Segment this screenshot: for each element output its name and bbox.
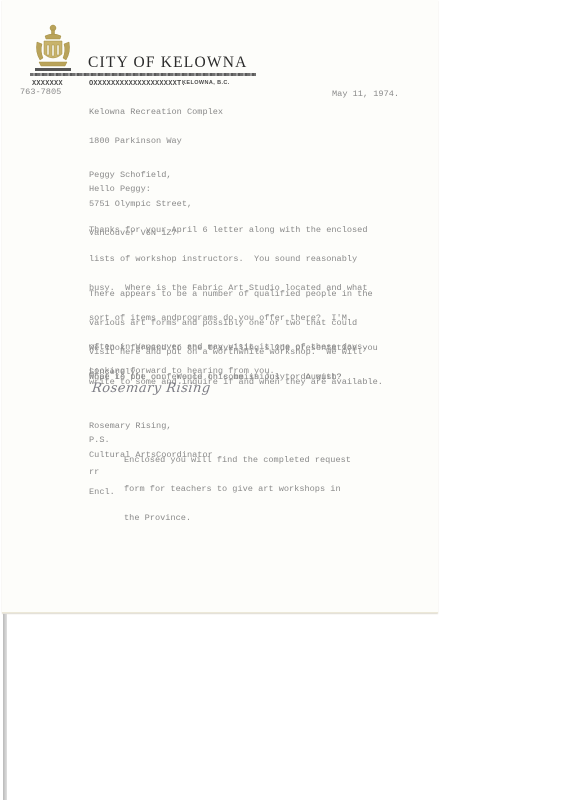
typist-initials: rr: [89, 468, 99, 478]
salutation: Hello Peggy:: [89, 185, 151, 195]
postscript-body: Enclosed you will find the completed req…: [124, 436, 351, 544]
signer-name: Rosemary Rising,: [89, 422, 213, 432]
city-province: KELOWNA, B.C.: [182, 80, 230, 86]
phone-number: 763-7805: [20, 88, 61, 98]
enclosure-note: Encl.: [89, 488, 115, 498]
letter-date: May 11, 1974.: [332, 90, 399, 100]
sender-address-line: Kelowna Recreation Complex: [89, 108, 223, 118]
body-line: lists of workshop instructors. You sound…: [89, 255, 367, 265]
sender-address-line: 1800 Parkinson Way: [89, 137, 223, 147]
city-name-heading: CITY OF KELOWNA: [88, 54, 248, 72]
struck-address: OXXXXXXXXXXXXXXXXXXXT.: [89, 80, 186, 88]
letter-page: CITY OF KELOWNA XXXXXXX OXXXXXXXXXXXXXXX…: [2, 0, 438, 613]
body-line: There appears to be a number of qualifie…: [89, 290, 383, 300]
page-edge-shadow: [3, 614, 7, 800]
letterhead-rule: [30, 73, 256, 76]
recipient-line: Peggy Schofield,: [89, 171, 192, 181]
postscript-line: form for teachers to give art workshops …: [124, 485, 351, 495]
city-crest-icon: [33, 24, 73, 72]
body-line: Thanks for your April 6 letter along wit…: [89, 226, 367, 236]
closing: Sincerely,: [89, 368, 141, 378]
postscript-line: Enclosed you will find the completed req…: [124, 456, 351, 466]
postscript-line: the Province.: [124, 514, 351, 524]
postscript-label: P.S.: [89, 436, 110, 446]
handwritten-signature: Rosemary Rising: [91, 381, 211, 396]
